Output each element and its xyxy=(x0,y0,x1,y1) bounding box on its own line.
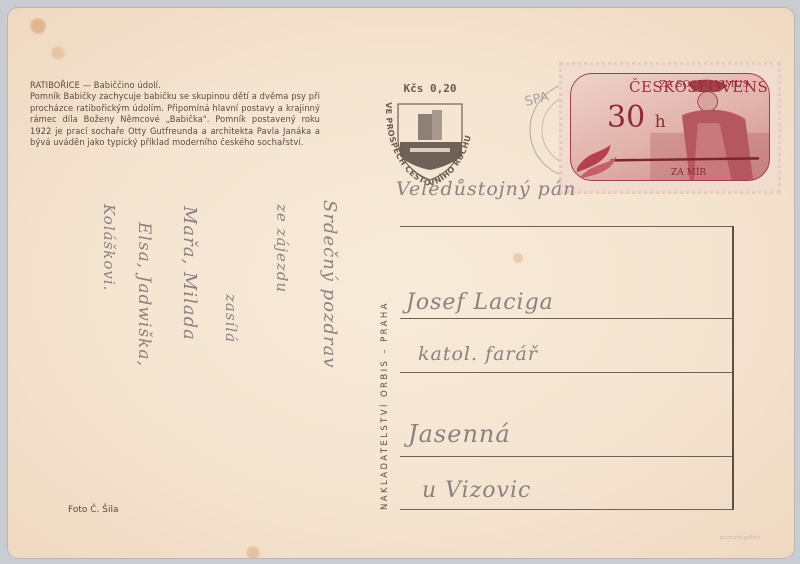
address-line-4: Jasenná xyxy=(408,420,511,448)
postcard: RATIBOŘICE — Babiččino údolí. Pomník Bab… xyxy=(8,8,794,558)
address-rule xyxy=(400,318,732,319)
address-rule xyxy=(400,226,732,227)
address-line-1: Veledůstojný pán xyxy=(396,178,576,200)
address-rule xyxy=(400,509,732,510)
stamp-denomination: 30 h xyxy=(607,100,666,135)
photo-credit: Foto Č. Šila xyxy=(68,505,119,515)
address-line-3: katol. farář xyxy=(418,343,538,365)
message-line-2: ze zájezdu xyxy=(273,204,291,293)
watermark: postcard.gallery xyxy=(720,535,761,541)
caption-body: Pomník Babičky zachycuje babičku se skup… xyxy=(30,91,320,148)
stamp-slogan-top: ZA SOCIALISMUS xyxy=(660,79,749,90)
message-line-1: Srdečný pozdrav xyxy=(319,200,340,369)
message-line-4: Mařa, Milada xyxy=(179,206,200,341)
message-line-6: Koláškovi. xyxy=(100,204,118,291)
address-line-5: u Vizovic xyxy=(422,478,531,503)
caption-block: RATIBOŘICE — Babiččino údolí. Pomník Bab… xyxy=(30,80,320,148)
address-divider xyxy=(732,226,734,510)
address-line-2: Josef Laciga xyxy=(406,290,554,315)
message-line-5: Elsa, Jadwiška, xyxy=(134,222,154,367)
caption-title: RATIBOŘICE — Babiččino údolí. xyxy=(30,80,320,91)
address-rule xyxy=(400,456,732,457)
publisher-imprint: NAKLADATELSTVÍ ORBIS – PRAHA xyxy=(380,301,390,510)
svg-text:SPA: SPA xyxy=(523,89,550,109)
stamp-slogan-bottom: ZA MÍR xyxy=(671,168,706,178)
message-line-3: zasílá xyxy=(222,294,240,343)
svg-text:Kčs 0,20: Kčs 0,20 xyxy=(404,82,457,95)
address-rule xyxy=(400,372,732,373)
postage-stamp: ČESKOSLOVENSKO 30 h ZA SOCIALISMUS ZA MÍ… xyxy=(559,62,781,194)
